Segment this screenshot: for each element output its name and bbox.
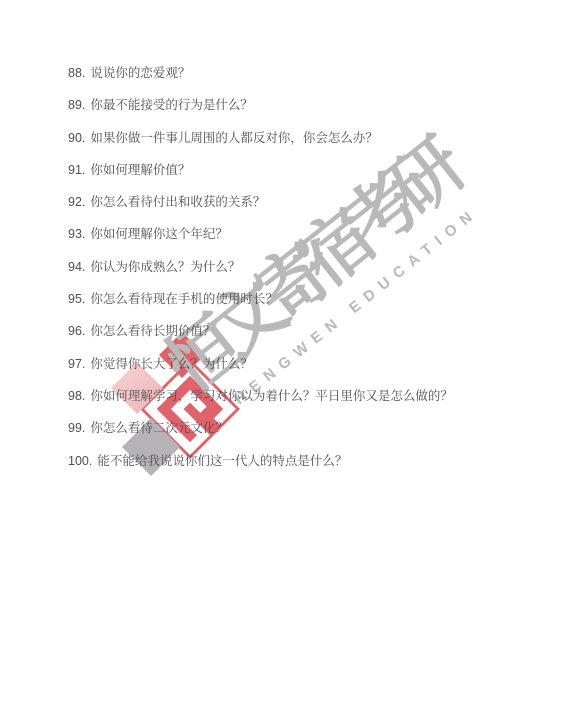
question-item: 91.你如何理解价值？: [68, 163, 453, 195]
question-text: 你怎么看待付出和收获的关系？: [90, 195, 265, 209]
question-text: 你最不能接受的行为是什么？: [90, 98, 253, 112]
question-item: 96.你怎么看待长期价值？: [68, 324, 453, 356]
question-number: 93.: [68, 227, 85, 241]
question-item: 89.你最不能接受的行为是什么？: [68, 98, 453, 130]
question-text: 说说你的恋爱观？: [90, 66, 190, 80]
question-item: 90.如果你做一件事儿周围的人都反对你，你会怎么办？: [68, 131, 453, 163]
question-number: 90.: [68, 131, 85, 145]
question-number: 91.: [68, 163, 85, 177]
question-number: 88.: [68, 66, 85, 80]
question-text: 你认为你成熟么？为什么？: [90, 260, 240, 274]
question-text: 能不能给我说说你们这一代人的特点是什么？: [97, 454, 347, 468]
question-text: 你怎么看待二次元文化？: [90, 421, 228, 435]
question-text: 你怎么看待现在手机的使用时长？: [90, 292, 278, 306]
question-number: 97.: [68, 357, 85, 371]
question-item: 100.能不能给我说说你们这一代人的特点是什么？: [68, 454, 453, 486]
question-text: 你如何理解你这个年纪？: [90, 227, 228, 241]
question-item: 88.说说你的恋爱观？: [68, 66, 453, 98]
question-text: 你怎么看待长期价值？: [90, 324, 215, 338]
question-text: 如果你做一件事儿周围的人都反对你，你会怎么办？: [90, 131, 378, 145]
question-text: 你觉得你长大了么？为什么？: [90, 357, 253, 371]
question-number: 95.: [68, 292, 85, 306]
question-item: 92.你怎么看待付出和收获的关系？: [68, 195, 453, 227]
question-text: 你如何理解价值？: [90, 163, 190, 177]
question-number: 94.: [68, 260, 85, 274]
question-item: 95.你怎么看待现在手机的使用时长？: [68, 292, 453, 324]
question-text: 你如何理解学习，学习对你以为着什么？平日里你又是怎么做的？: [90, 389, 453, 403]
question-list: 88.说说你的恋爱观？ 89.你最不能接受的行为是什么？ 90.如果你做一件事儿…: [68, 66, 453, 486]
question-number: 96.: [68, 324, 85, 338]
question-item: 97.你觉得你长大了么？为什么？: [68, 357, 453, 389]
question-number: 92.: [68, 195, 85, 209]
question-item: 99.你怎么看待二次元文化？: [68, 421, 453, 453]
question-number: 100.: [68, 454, 92, 468]
question-item: 94.你认为你成熟么？为什么？: [68, 260, 453, 292]
question-number: 98.: [68, 389, 85, 403]
question-item: 93.你如何理解你这个年纪？: [68, 227, 453, 259]
question-number: 99.: [68, 421, 85, 435]
question-number: 89.: [68, 98, 85, 112]
question-item: 98.你如何理解学习，学习对你以为着什么？平日里你又是怎么做的？: [68, 389, 453, 421]
